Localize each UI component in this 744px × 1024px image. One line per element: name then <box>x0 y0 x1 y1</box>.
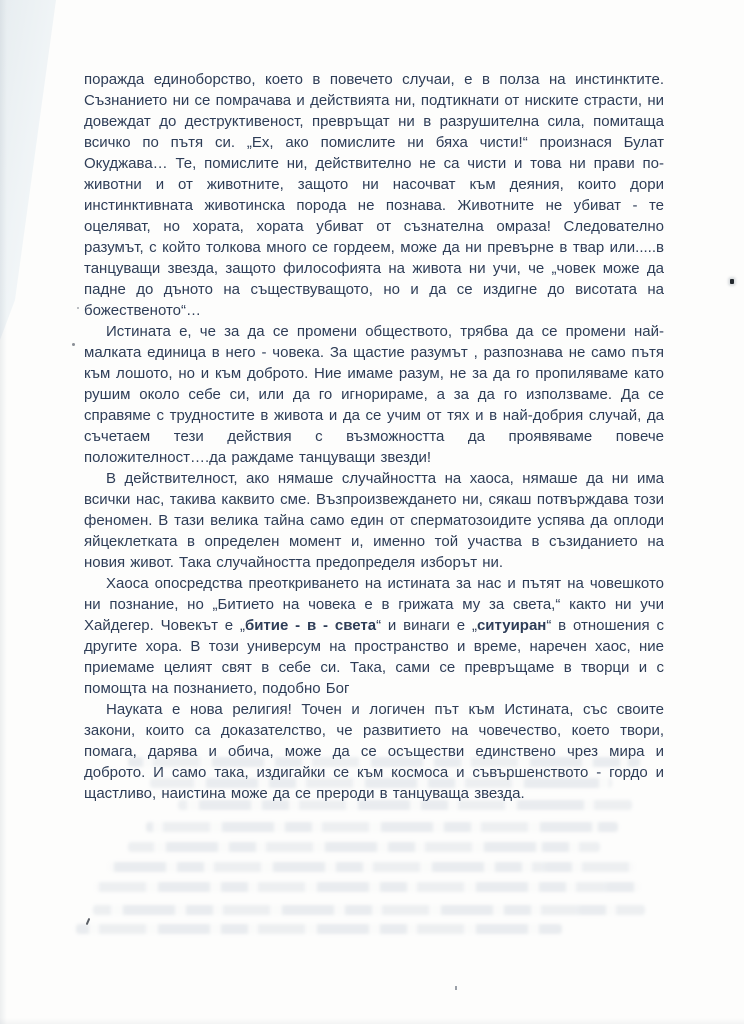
bleed-through-line <box>93 905 645 915</box>
paragraph: Хаоса опосредства преоткриването на исти… <box>84 573 664 699</box>
page-bottom-edge-shadow <box>0 1018 744 1024</box>
bleed-through-line <box>95 882 640 892</box>
ink-speck <box>86 918 91 925</box>
bleed-through-line <box>76 924 562 934</box>
bleed-through-line <box>146 822 618 832</box>
paragraph: Науката е нова религия! Точен и логичен … <box>84 699 664 804</box>
bleed-through-line <box>108 862 635 872</box>
paragraph: Истината е, че за да се промени общество… <box>84 321 664 468</box>
paragraph: поражда единоборство, което в повечето с… <box>84 69 664 321</box>
ink-speck <box>72 343 75 346</box>
text-run: В действителност, ако нямаше случайностт… <box>84 470 664 571</box>
page-left-edge-shadow <box>0 0 7 1024</box>
document-body: поражда единоборство, което в повечето с… <box>84 69 664 804</box>
ink-speck <box>730 279 734 284</box>
text-run: поражда единоборство, което в повечето с… <box>84 71 664 319</box>
text-run: “ и винаги е „ <box>376 617 477 634</box>
emphasized-term: битие - в - света <box>245 617 376 634</box>
text-run: Науката е нова религия! Точен и логичен … <box>84 701 664 802</box>
ink-speck <box>455 986 457 990</box>
text-run: Истината е, че за да се промени общество… <box>84 323 664 466</box>
scanned-page: поражда единоборство, което в повечето с… <box>0 0 744 1024</box>
bleed-through-line <box>128 842 600 852</box>
emphasized-term: ситуиран <box>477 617 546 634</box>
paragraph: В действителност, ако нямаше случайностт… <box>84 468 664 573</box>
ink-speck <box>77 307 79 309</box>
page-corner-shade <box>0 0 70 340</box>
